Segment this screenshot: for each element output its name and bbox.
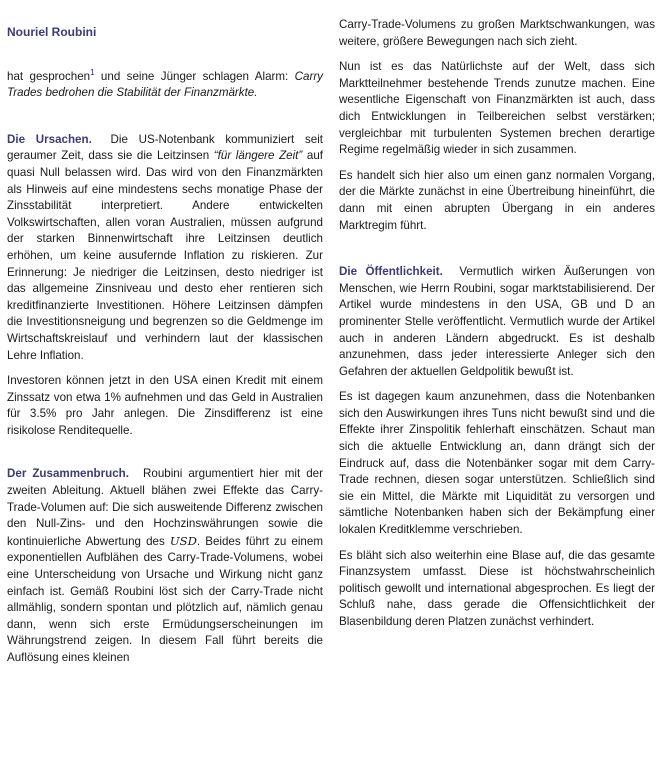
paragraph-vorgang: Es handelt sich hier also um einen ganz …: [339, 168, 655, 234]
oeffentlichkeit-paragraph-3: Es bläht sich also weiterhin eine Blase …: [339, 548, 655, 631]
document-page: Nouriel Roubini hat gesprochen1 und sein…: [0, 0, 663, 770]
right-column: Carry-Trade-Volumens zu großen Marktschw…: [339, 0, 655, 640]
intro-paragraph: hat gesprochen1 und seine Jünger schlage…: [7, 69, 323, 102]
oeffentlichkeit-text: Vermutlich wirken Äußerungen von Mensche…: [339, 265, 655, 378]
ursachen-paragraph-2: Investoren können jetzt in den USA einen…: [7, 373, 323, 439]
ursachen-quote: “für längere Zeit”: [214, 149, 302, 162]
zusammenbruch-text-2: . Beides führt zu einem exponentiellen A…: [7, 535, 323, 664]
continuation-paragraph: Carry-Trade-Volumens zu großen Marktschw…: [339, 17, 655, 50]
section-zusammenbruch: Der Zusammenbruch. Roubini argumentiert …: [7, 466, 323, 666]
intro-text-cont: und seine Jünger schlagen Alarm:: [95, 70, 295, 83]
section-ursachen: Die Ursachen. Die US-Notenbank kommunizi…: [7, 132, 323, 364]
math-usd: USD: [170, 534, 197, 548]
left-column: Nouriel Roubini hat gesprochen1 und sein…: [7, 0, 323, 676]
section-heading-oeffentlichkeit: Die Öffentlichkeit.: [339, 265, 443, 278]
ursachen-text-2: auf quasi Null belassen wird. Das wird v…: [7, 149, 323, 361]
author-heading: Nouriel Roubini: [7, 24, 323, 41]
section-oeffentlichkeit: Die Öffentlichkeit. Vermutlich wirken Äu…: [339, 264, 655, 380]
intro-text: hat gesprochen: [7, 70, 90, 83]
oeffentlichkeit-paragraph-2: Es ist dagegen kaum anzunehmen, dass die…: [339, 389, 655, 538]
paragraph-natuerlich: Nun ist es das Natürlichste auf der Welt…: [339, 59, 655, 159]
section-heading-zusammenbruch: Der Zusammenbruch.: [7, 467, 129, 480]
section-heading-ursachen: Die Ursachen.: [7, 133, 92, 146]
